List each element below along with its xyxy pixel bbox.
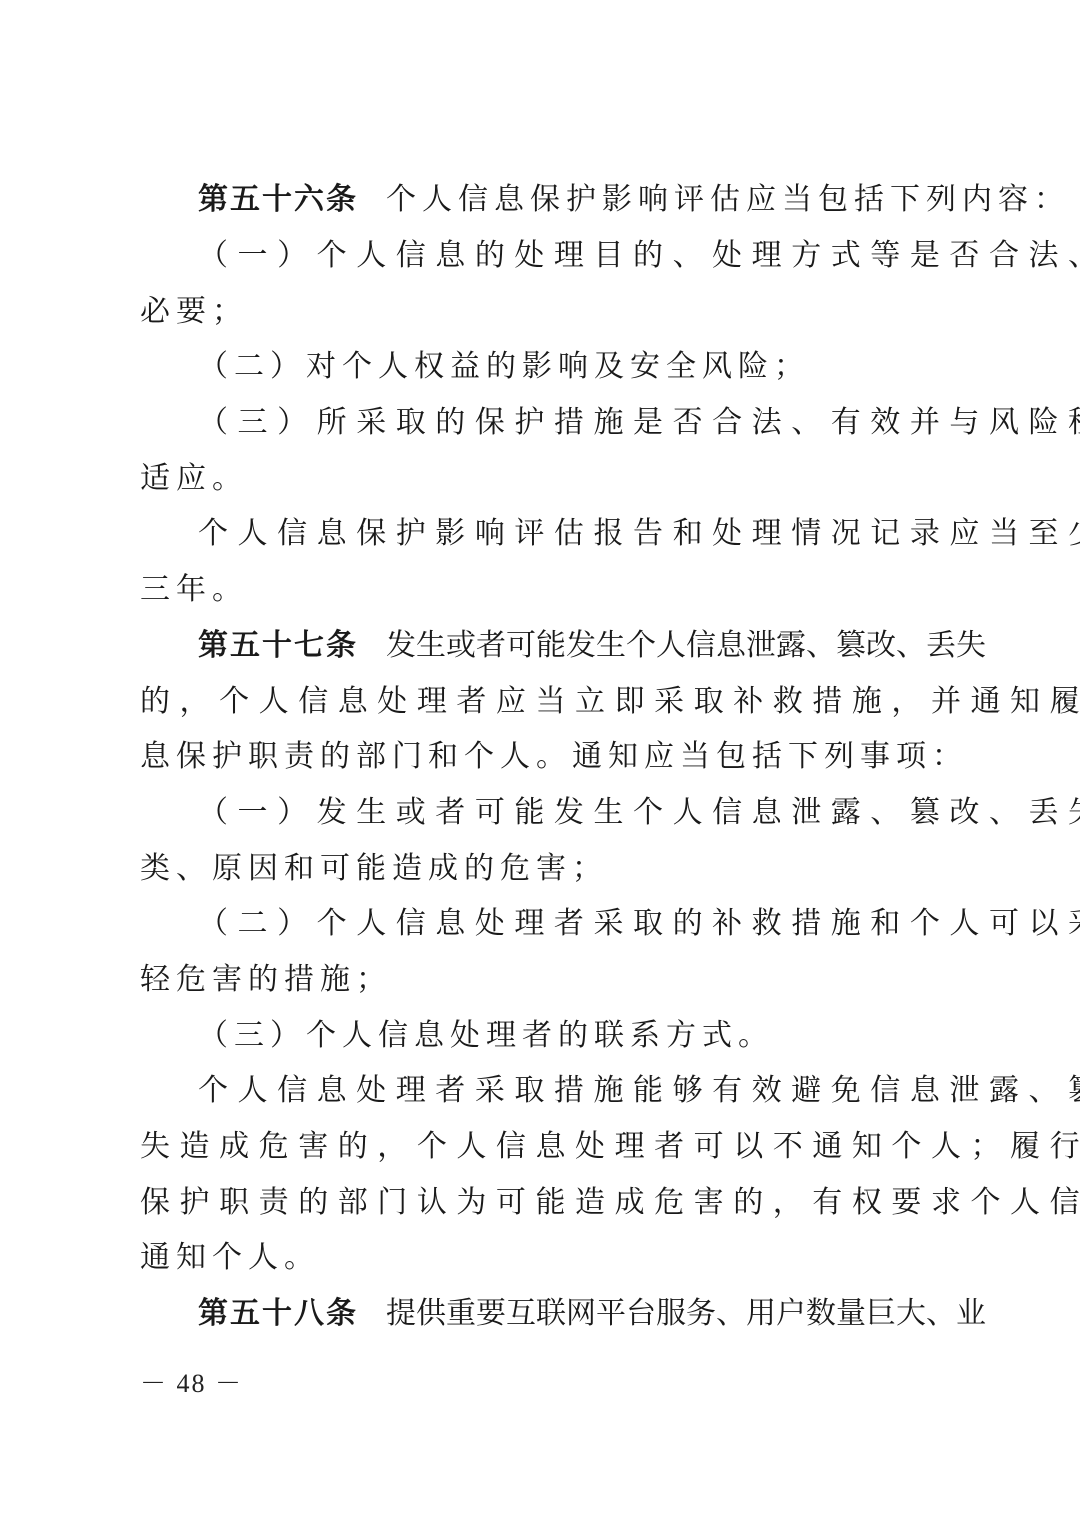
article-57-line-9: 个 人 信 息 处 理 者 采 取 措 施 能 够 有 效 避 免 信 息 泄 …: [198, 1071, 940, 1111]
article-56-line-2: （ 一 ） 个 人 信 息 的 处 理 目 的 、 处 理 方 式 等 是 否 …: [198, 236, 940, 276]
article-57-line-3: 息保护职责的部门和个人。通知应当包括下列事项：: [140, 737, 940, 777]
article-57-line-12: 通知个人。: [140, 1238, 940, 1278]
paragraph-text: 提供重要互联网平台服务、用户数量巨大、业: [386, 1296, 986, 1331]
article-57-line-4: （ 一 ） 发 生 或 者 可 能 发 生 个 人 信 息 泄 露 、 篡 改 …: [198, 793, 940, 833]
article-56-line-6: 适应。: [140, 459, 940, 499]
article-57-line-7: 轻危害的措施；: [140, 960, 940, 1000]
article-56-line-7: 个 人 信 息 保 护 影 响 评 估 报 告 和 处 理 情 况 记 录 应 …: [198, 514, 940, 554]
article-57-line-1: 第五十七条发生或者可能发生个人信息泄露、篡改、丢失: [198, 626, 940, 666]
paragraph-text: 个人信息保护影响评估应当包括下列内容：: [386, 182, 1070, 217]
article-56-line-4: （二）对个人权益的影响及安全风险；: [198, 347, 940, 387]
document-page: 第五十六条个人信息保护影响评估应当包括下列内容： （ 一 ） 个 人 信 息 的…: [0, 0, 1080, 1527]
article-57-line-8: （三）个人信息处理者的联系方式。: [198, 1016, 940, 1056]
article-56-line-3: 必要；: [140, 292, 940, 332]
article-57-line-6: （ 二 ） 个 人 信 息 处 理 者 采 取 的 补 救 措 施 和 个 人 …: [198, 904, 940, 944]
article-heading: 第五十八条: [198, 1296, 358, 1331]
article-56-line-5: （ 三 ） 所 采 取 的 保 护 措 施 是 否 合 法 、 有 效 并 与 …: [198, 403, 940, 443]
article-heading: 第五十七条: [198, 628, 358, 663]
article-57-line-10: 失 造 成 危 害 的 ， 个 人 信 息 处 理 者 可 以 不 通 知 个 …: [140, 1127, 940, 1167]
article-57-line-2: 的 ， 个 人 信 息 处 理 者 应 当 立 即 采 取 补 救 措 施 ， …: [140, 682, 940, 722]
paragraph-text: 发生或者可能发生个人信息泄露、篡改、丢失: [386, 628, 986, 663]
article-heading: 第五十六条: [198, 182, 358, 217]
article-57-line-11: 保 护 职 责 的 部 门 认 为 可 能 造 成 危 害 的 ， 有 权 要 …: [140, 1183, 940, 1223]
article-56-line-8: 三年。: [140, 570, 940, 610]
article-58-line-1: 第五十八条提供重要互联网平台服务、用户数量巨大、业: [198, 1294, 940, 1334]
article-56-line-1: 第五十六条个人信息保护影响评估应当包括下列内容：: [198, 180, 940, 220]
article-57-line-5: 类、原因和可能造成的危害；: [140, 849, 940, 889]
page-number: － 48 －: [140, 1368, 243, 1400]
